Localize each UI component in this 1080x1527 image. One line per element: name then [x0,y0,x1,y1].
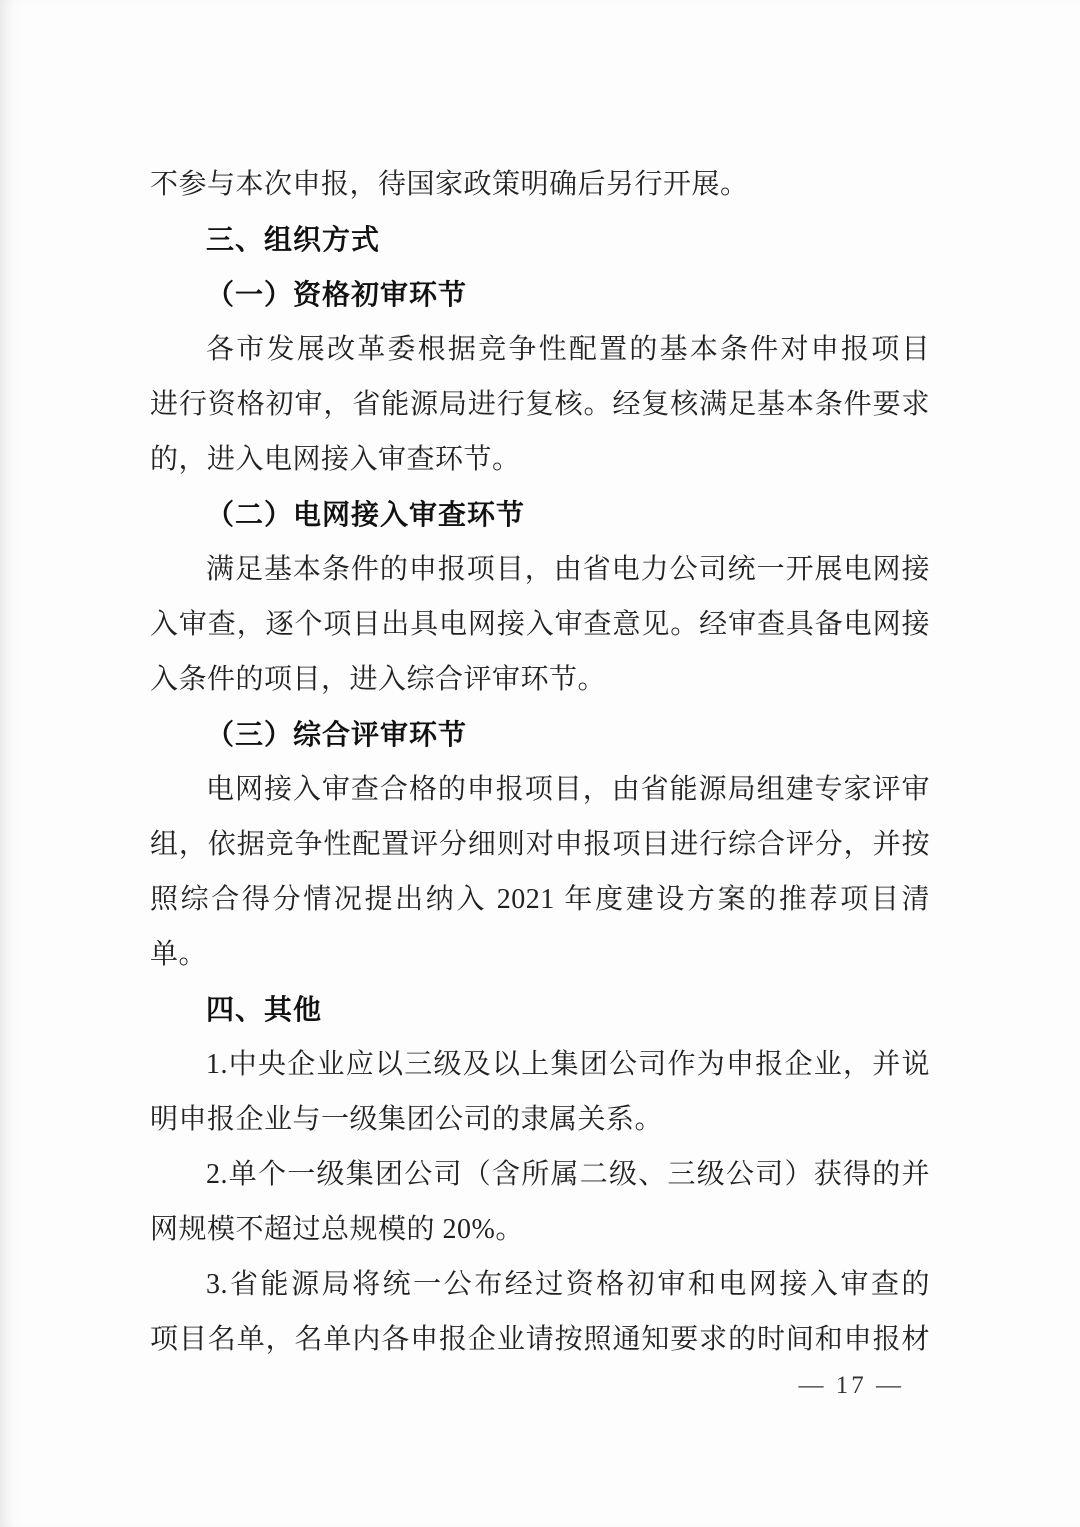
text-line: 2.单个一级集团公司（含所属二级、三级公司）获得的并 [150,1147,930,1202]
section-heading: （一）资格初审环节 [150,267,930,322]
text-line: 电网接入审查合格的申报项目，由省能源局组建专家评审 [150,762,930,817]
text-line: 3.省能源局将统一公布经过资格初审和电网接入审查的 [150,1257,930,1312]
text-line: 的，进入电网接入审查环节。 [150,432,930,487]
page-number: — 17 — [799,1372,905,1400]
text-line: 进行资格初审，省能源局进行复核。经复核满足基本条件要求 [150,377,930,432]
text-line: 满足基本条件的申报项目，由省电力公司统一开展电网接 [150,542,930,597]
section-heading: 三、组织方式 [150,212,930,267]
text-line: 网规模不超过总规模的 20%。 [150,1202,930,1257]
document-page: 不参与本次申报，待国家政策明确后另行开展。三、组织方式（一）资格初审环节各市发展… [0,0,1080,1527]
text-line: 组，依据竞争性配置评分细则对申报项目进行综合评分，并按 [150,817,930,872]
text-line: 入条件的项目，进入综合评审环节。 [150,652,930,707]
text-line: 各市发展改革委根据竞争性配置的基本条件对申报项目 [150,322,930,377]
text-line: 不参与本次申报，待国家政策明确后另行开展。 [150,157,930,212]
section-heading: （三）综合评审环节 [150,707,930,762]
text-line: 明申报企业与一级集团公司的隶属关系。 [150,1092,930,1147]
text-line: 照综合得分情况提出纳入 2021 年度建设方案的推荐项目清 [150,872,930,927]
text-line: 1.中央企业应以三级及以上集团公司作为申报企业，并说 [150,1037,930,1092]
section-heading: 四、其他 [150,982,930,1037]
text-line: 项目名单，名单内各申报企业请按照通知要求的时间和申报材 [150,1312,930,1367]
text-line: 单。 [150,927,930,982]
section-heading: （二）电网接入审查环节 [150,487,930,542]
text-line: 入审查，逐个项目出具电网接入审查意见。经审查具备电网接 [150,597,930,652]
document-body: 不参与本次申报，待国家政策明确后另行开展。三、组织方式（一）资格初审环节各市发展… [150,157,930,1367]
